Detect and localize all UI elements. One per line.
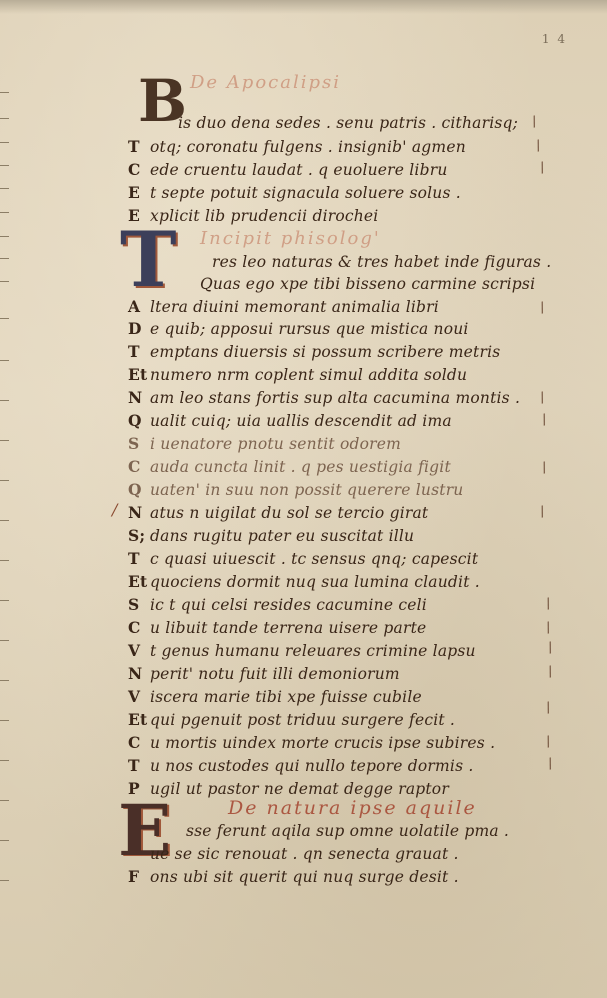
verse-text: qui pgenuit post triduu surgere fecit .: [150, 711, 455, 729]
pricking-mark: [0, 212, 9, 213]
pricking-mark: [0, 440, 9, 441]
verse-text: t genus humanu releuares crimine lapsu: [150, 642, 476, 660]
line-initial: Et: [128, 709, 150, 731]
folio-number: 1 4: [542, 32, 567, 46]
pricking-mark: [0, 400, 9, 401]
verse-text: am leo stans fortis sup alta cacumina mo…: [150, 389, 520, 407]
line-initial: T: [128, 755, 150, 777]
rubric-incipit-phisologus: Incipit phisolog': [200, 228, 381, 249]
pricking-mark: [0, 680, 9, 681]
margin-mark: /: [544, 620, 553, 637]
page-top-edge: [0, 0, 607, 14]
verse-line: Etnumero nrm coplent simul addita soldu: [128, 364, 467, 386]
verse-line: Etqui pgenuit post triduu surgere fecit …: [128, 709, 455, 731]
pricking-mark: [0, 520, 9, 521]
verse-line: Viscera marie tibi xpe fuisse cubile: [128, 686, 422, 708]
verse-line: Si uenatore pnotu sentit odorem: [128, 433, 401, 455]
line-initial: V: [128, 686, 150, 708]
verse-line: Totq; coronatu fulgens . insignib' agmen: [128, 136, 466, 158]
verse-text: c quasi uiuescit . tc sensus qnq; capesc…: [150, 550, 478, 568]
line-initial: S: [128, 594, 150, 616]
line-initial: C: [128, 159, 150, 181]
verse-text: ons ubi sit querit qui nuq surge desit .: [150, 868, 459, 886]
verse-line: Sic t qui celsi resides cacumine celi: [128, 594, 427, 616]
verse-text: xplicit lib prudencii dirochei: [150, 207, 378, 225]
pricking-mark: [0, 840, 9, 841]
verse-line: Quaten' in suu non possit querere lustru: [128, 479, 464, 501]
verse-text: res leo naturas & tres habet inde figura…: [212, 253, 551, 271]
pricking-mark: [0, 236, 9, 237]
margin-mark: /: [544, 734, 553, 751]
margin-mark: /: [534, 138, 543, 155]
margin-mark: /: [546, 756, 555, 773]
line-initial: Q: [128, 410, 150, 432]
pricking-mark: [0, 480, 9, 481]
line-initial: S;: [128, 525, 150, 547]
verse-text: dans rugitu pater eu suscitat illu: [150, 527, 414, 545]
verse-text: ltera diuini memorant animalia libri: [150, 298, 439, 316]
line-initial: Et: [128, 364, 150, 386]
pricking-mark: [0, 165, 9, 166]
line-initial: T: [128, 548, 150, 570]
verse-line: Tc quasi uiuescit . tc sensus qnq; capes…: [128, 548, 478, 570]
verse-text: numero nrm coplent simul addita soldu: [150, 366, 467, 384]
rubric-de-apocalipsi: De Apocalipsi: [190, 72, 341, 93]
verse-line: Cu libuit tande terrena uisere parte: [128, 617, 426, 639]
verse-line: Vt genus humanu releuares crimine lapsu: [128, 640, 476, 662]
verse-text: auda cuncta linit . q pes uestigia figit: [150, 458, 451, 476]
verse-text: Quas ego xpe tibi bisseno carmine scrips…: [200, 275, 535, 293]
pricking-mark: [0, 760, 9, 761]
pricking-mark: [0, 188, 9, 189]
pricking-mark: [0, 281, 9, 282]
verse-line: Cauda cuncta linit . q pes uestigia figi…: [128, 456, 451, 478]
verse-line: Altera diuini memorant animalia libri: [128, 296, 439, 318]
verse-text: ue se sic renouat . qn senecta grauat .: [150, 845, 459, 863]
pricking-mark: [0, 318, 9, 319]
verse-text: ualit cuiq; uia uallis descendit ad ima: [150, 412, 452, 430]
verse-line: Et septe potuit signacula soluere solus …: [128, 182, 461, 204]
line-initial: T: [128, 341, 150, 363]
line-initial: T: [128, 136, 150, 158]
verse-text: u mortis uindex morte crucis ipse subire…: [150, 734, 495, 752]
verse-line: Natus n uigilat du sol se tercio girat: [128, 502, 428, 524]
verse-text: is duo dena sedes . senu patris . cithar…: [178, 114, 518, 132]
rubric-de-natura-aquile: De natura ipse aquile: [228, 797, 477, 819]
pricking-mark: [0, 92, 9, 93]
line-initial: N: [128, 663, 150, 685]
verse-text: e quib; apposui rursus que mistica noui: [150, 320, 469, 338]
line-initial: Et: [128, 571, 150, 593]
margin-note-mark: /: [112, 500, 117, 519]
verse-text: ic t qui celsi resides cacumine celi: [150, 596, 427, 614]
line-initial: D: [128, 318, 150, 340]
verse-line: is duo dena sedes . senu patris . cithar…: [178, 112, 518, 134]
manuscript-page: 1 4 De Apocalipsi B is duo dena sedes . …: [0, 0, 607, 998]
line-initial: Q: [128, 479, 150, 501]
verse-line: Temptans diuersis si possum scribere met…: [128, 341, 500, 363]
pricking-mark: [0, 258, 9, 259]
verse-line: S;dans rugitu pater eu suscitat illu: [128, 525, 414, 547]
margin-mark: /: [538, 390, 547, 407]
line-initial: C: [128, 617, 150, 639]
line-initial: N: [128, 502, 150, 524]
verse-text: atus n uigilat du sol se tercio girat: [150, 504, 428, 522]
verse-line: Nam leo stans fortis sup alta cacumina m…: [128, 387, 520, 409]
verse-line: Fons ubi sit querit qui nuq surge desit …: [128, 866, 459, 888]
margin-mark: /: [540, 412, 549, 429]
verse-line: Etquociens dormit nuq sua lumina claudit…: [128, 571, 480, 593]
verse-line: Cede cruentu laudat . q euoluere libru: [128, 159, 448, 181]
verse-text: perit' notu fuit illi demoniorum: [150, 665, 400, 683]
pricking-mark: [0, 880, 9, 881]
verse-line: ue se sic renouat . qn senecta grauat .: [150, 843, 459, 865]
margin-mark: /: [544, 700, 553, 717]
margin-mark: /: [546, 664, 555, 681]
verse-text: emptans diuersis si possum scribere metr…: [150, 343, 500, 361]
margin-mark: /: [540, 460, 549, 477]
pricking-mark: [0, 720, 9, 721]
pricking-mark: [0, 118, 9, 119]
pricking-mark: [0, 600, 9, 601]
line-initial: C: [128, 732, 150, 754]
verse-text: otq; coronatu fulgens . insignib' agmen: [150, 138, 466, 156]
verse-text: ugil ut pastor ne demat degge raptor: [150, 780, 449, 798]
verse-text: quociens dormit nuq sua lumina claudit .: [150, 573, 480, 591]
verse-text: sse ferunt aqila sup omne uolatile pma .: [186, 822, 509, 840]
decorated-initial-t: T: [120, 222, 177, 298]
verse-line: Qualit cuiq; uia uallis descendit ad ima: [128, 410, 452, 432]
line-initial: F: [128, 866, 150, 888]
verse-line: res leo naturas & tres habet inde figura…: [212, 251, 551, 273]
margin-mark: /: [538, 504, 547, 521]
verse-line: Nperit' notu fuit illi demoniorum: [128, 663, 400, 685]
pricking-mark: [0, 640, 9, 641]
margin-mark: /: [546, 640, 555, 657]
verse-line: Quas ego xpe tibi bisseno carmine scrips…: [200, 273, 535, 295]
verse-text: ede cruentu laudat . q euoluere libru: [150, 161, 448, 179]
line-initial: N: [128, 387, 150, 409]
pricking-mark: [0, 142, 9, 143]
margin-mark: /: [544, 596, 553, 613]
line-initial: E: [128, 182, 150, 204]
verse-text: u nos custodes qui nullo tepore dormis .: [150, 757, 473, 775]
verse-line: De quib; apposui rursus que mistica noui: [128, 318, 469, 340]
margin-mark: /: [538, 300, 547, 317]
line-initial: V: [128, 640, 150, 662]
verse-text: iscera marie tibi xpe fuisse cubile: [150, 688, 422, 706]
verse-line: Tu nos custodes qui nullo tepore dormis …: [128, 755, 473, 777]
margin-mark: /: [530, 114, 539, 131]
line-initial: C: [128, 456, 150, 478]
verse-text: i uenatore pnotu sentit odorem: [150, 435, 401, 453]
verse-line: Cu mortis uindex morte crucis ipse subir…: [128, 732, 495, 754]
margin-mark: /: [538, 160, 547, 177]
pricking-mark: [0, 360, 9, 361]
verse-text: u libuit tande terrena uisere parte: [150, 619, 426, 637]
verse-line: sse ferunt aqila sup omne uolatile pma .: [186, 820, 509, 842]
line-initial: S: [128, 433, 150, 455]
verse-text: uaten' in suu non possit querere lustru: [150, 481, 464, 499]
pricking-mark: [0, 560, 9, 561]
pricking-mark: [0, 800, 9, 801]
verse-text: t septe potuit signacula soluere solus .: [150, 184, 461, 202]
line-initial: A: [128, 296, 150, 318]
